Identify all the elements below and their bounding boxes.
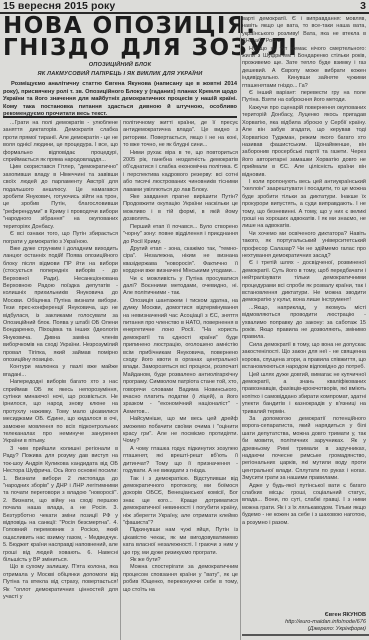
article-column-3: варті демократії. Є і виправдання: мовля…	[242, 16, 366, 588]
source-credit: (Джерело: Укрінформ)	[242, 626, 366, 633]
bottom-rule	[242, 634, 369, 636]
paragraph: варті демократії. Є і виправдання: мовля…	[242, 16, 366, 46]
paragraph: Перший етап її почався... Було створено …	[123, 224, 238, 246]
paragraph: Напередодні виборів багато хто з нас спр…	[3, 379, 118, 446]
newspaper-page: 15 вересня 2015 року 3 Нова опозиція. Гн…	[0, 0, 369, 640]
lead-divider	[3, 116, 237, 118]
paragraph: Є і третій шлях - досвідченої, розвинено…	[242, 260, 366, 304]
headline: Нова опозиція. Гніздо для зозулі	[3, 15, 235, 59]
paragraph: Цей шлях дуже довгий, вимагає не купчичн…	[242, 372, 366, 416]
paragraph: Сила демократії в тому, що вона не допус…	[242, 342, 366, 372]
paragraph: Як же бути?	[123, 557, 238, 564]
paragraph: Опозиція шантажем і тиском здатна, на ду…	[123, 298, 238, 417]
paragraph: Так і з демократією. Відступивши від дем…	[123, 476, 238, 528]
article-column-1: ...Грати на полі демократів - улюблене з…	[3, 120, 118, 640]
paragraph: політичному житті країни, де її пресує а…	[123, 120, 238, 150]
column-divider	[240, 16, 241, 640]
paragraph: Другий етап - зона, скажімо так, "темно-…	[123, 246, 238, 276]
paragraph: Контури малюнка у пазлі вже майже вгадан…	[3, 364, 118, 379]
paragraph: З чим прийшли колишні регіонали в Раду? …	[3, 446, 118, 565]
paragraph: Є всі ознаки того, що Путін збирається п…	[3, 231, 118, 246]
paragraph: Вже дуже струнким і доладним виходить ла…	[3, 246, 118, 365]
paragraph: ...Якщо, наприклад, у якомусь місті відм…	[242, 305, 366, 342]
paragraph: Що в сухому залишку. П'ята колона, яка о…	[3, 564, 118, 601]
paragraph: Ними рухає віра в те, що повториться 200…	[123, 150, 238, 194]
page-number: 3	[360, 0, 366, 12]
paragraph: За допомогою демократії потенційного вор…	[242, 416, 366, 483]
kicker-line-2: як лакмусовий папірець і як виклик для У…	[0, 71, 240, 77]
source-url: http://euro-maidan.info/node/676	[242, 619, 366, 626]
paragraph: Найсумніше, що ми весь цей дрейф зможемо…	[123, 416, 238, 446]
author-name: Євген ЯКУНОВ	[242, 612, 366, 619]
paragraph: Підкинувши нам чужі яйця, Путін із цікав…	[123, 527, 238, 557]
byline: Євген ЯКУНОВ http://euro-maidan.info/nod…	[242, 612, 366, 633]
paragraph: І коли пропонують весь цей антиукраїнськ…	[242, 179, 366, 231]
article-column-2: політичному житті країни, де її пресує а…	[123, 120, 238, 640]
column-divider	[120, 120, 121, 640]
headline-line-1: Нова опозиція.	[3, 15, 235, 37]
paragraph: Є інший варіант: перевести гру на поле П…	[242, 90, 366, 105]
paragraph: Кажучи про сценарій повернення окуповани…	[242, 105, 366, 179]
paragraph: А чому пташка годує підкинутих зозулею п…	[123, 446, 238, 476]
paragraph: Ну що ж, тут немає нічого смертельного: …	[242, 46, 366, 90]
paragraph: Чи є можливість у Путіна просуватися дал…	[123, 276, 238, 298]
paragraph: Яке завдання прагне вирішити Путін? Прод…	[123, 194, 238, 224]
paragraph: Чи хочемо ми освіченого диктатора? Навіт…	[242, 231, 366, 261]
paragraph: ...Грати на полі демократів - улюблене з…	[3, 120, 118, 164]
lead-paragraph: Розміщуємо аналітичну статтю Євгена Якун…	[3, 81, 237, 119]
paragraph: Адже у будь-якої путінської вати є багат…	[242, 483, 366, 527]
issue-date: 15 вересня 2015 року	[3, 0, 115, 12]
paragraph: Цим скористався Гітлер, "демократично" з…	[3, 164, 118, 231]
paragraph: Можна спостерігати за демократичним проц…	[123, 564, 238, 594]
headline-line-2: Гніздо для зозулі	[3, 37, 235, 59]
page-header: 15 вересня 2015 року 3	[0, 0, 369, 12]
kicker-line-1: Опозиційний блок	[0, 62, 240, 68]
